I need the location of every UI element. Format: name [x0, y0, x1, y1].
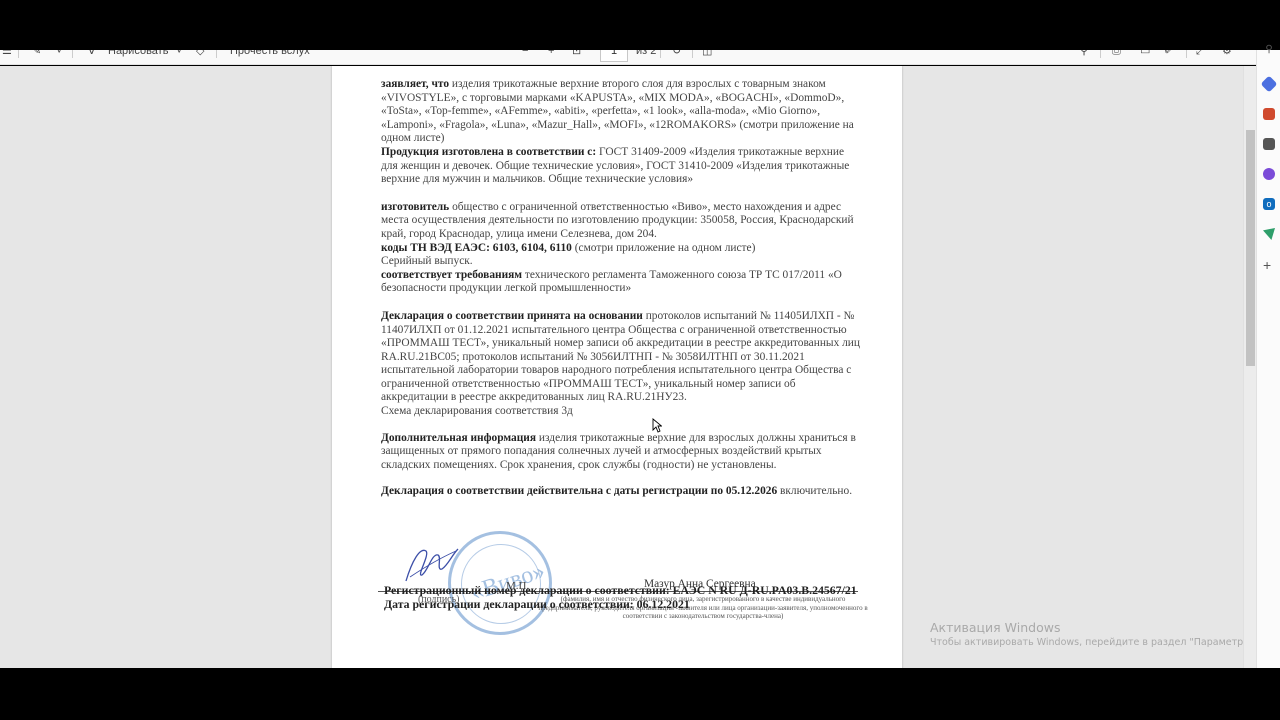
signature-block: «Виво» М.П. (подпись) Мазур Анна Сергеев…	[378, 521, 868, 641]
manufacturer-paragraph: изготовитель общество с ограниченной отв…	[381, 201, 861, 242]
highlight-icon[interactable]: ✎	[32, 50, 41, 58]
settings-icon[interactable]: ⚙	[1222, 50, 1232, 58]
tools-icon[interactable]	[1263, 108, 1275, 120]
divider	[18, 50, 19, 58]
divider	[1100, 50, 1101, 58]
read-aloud-button[interactable]: Прочесть вслух	[230, 50, 310, 58]
standards-paragraph: Продукция изготовлена в соответствии с: …	[381, 146, 861, 187]
games-icon[interactable]	[1263, 138, 1275, 150]
page-total: из 2	[636, 50, 656, 58]
search-icon[interactable]: ⚲	[1263, 44, 1275, 56]
windows-activation-watermark: Активация Windows Чтобы активировать Win…	[930, 620, 1258, 650]
copilot-icon[interactable]	[1261, 76, 1278, 93]
vertical-scrollbar[interactable]	[1243, 66, 1256, 668]
divider	[660, 50, 661, 58]
registration-block: Регистрационный номер декларации о соотв…	[384, 584, 857, 611]
send-icon[interactable]	[1263, 228, 1275, 240]
draw-icon[interactable]: ∇	[88, 50, 95, 58]
zoom-in-icon[interactable]: +	[548, 50, 554, 58]
registration-date: Дата регистрации декларации о соответств…	[384, 598, 857, 612]
mouse-cursor-icon	[652, 418, 662, 433]
zoom-out-icon[interactable]: −	[522, 50, 528, 58]
registration-number: Регистрационный номер декларации о соотв…	[384, 584, 857, 598]
add-sidebar-app-icon[interactable]: +	[1263, 258, 1271, 272]
bottom-black-band	[0, 668, 1280, 720]
divider	[1186, 50, 1187, 58]
pdf-viewer[interactable]: заявляет, что изделия трикотажные верхни…	[0, 66, 1243, 668]
scheme-paragraph: Схема декларирования соответствия 3д	[381, 405, 861, 419]
rotate-icon[interactable]: ↻	[672, 50, 681, 58]
save-icon[interactable]: ▭	[1140, 50, 1150, 58]
outlook-icon[interactable]: o	[1263, 198, 1275, 210]
edge-sidebar: ⚲ o +	[1256, 50, 1280, 668]
draw-button[interactable]: Нарисовать	[108, 50, 168, 58]
divider	[72, 50, 73, 58]
declaration-text: заявляет, что изделия трикотажные верхни…	[381, 78, 861, 499]
save-as-icon[interactable]: ✐	[1164, 50, 1173, 58]
contents-icon[interactable]: ☰	[2, 50, 12, 58]
scrollbar-thumb[interactable]	[1246, 130, 1255, 366]
divider	[216, 50, 217, 58]
validity-paragraph: Декларация о соответствии действительна …	[381, 485, 861, 499]
handwritten-signature	[402, 541, 462, 585]
serial-release: Серийный выпуск.	[381, 255, 861, 269]
divider	[692, 50, 693, 58]
print-icon[interactable]: ⎙	[1112, 50, 1121, 58]
additional-info-paragraph: Дополнительная информация изделия трикот…	[381, 432, 861, 473]
pdf-page: заявляет, что изделия трикотажные верхни…	[332, 66, 902, 668]
page-number-input[interactable]: 1	[600, 50, 628, 62]
chevron-down-icon[interactable]: ˅	[56, 50, 62, 58]
erase-icon[interactable]: ◇	[196, 50, 204, 58]
chevron-down-icon[interactable]: ˅	[176, 50, 182, 58]
two-page-icon[interactable]: ◫	[702, 50, 712, 58]
top-black-band	[0, 0, 1280, 50]
pdf-toolbar: ☰ ✎ ˅ ∇ Нарисовать ˅ ◇ Прочесть вслух − …	[0, 50, 1256, 65]
search-icon[interactable]: ⚲	[1080, 50, 1088, 58]
expand-icon[interactable]: ⤢	[1196, 50, 1205, 58]
tnved-codes: коды ТН ВЭД ЕАЭС: 6103, 6104, 6110 (смот…	[381, 242, 861, 256]
applicant-statement: заявляет, что изделия трикотажные верхни…	[381, 78, 861, 146]
fit-page-icon[interactable]: ⊡	[572, 50, 581, 58]
microsoft365-icon[interactable]	[1263, 168, 1275, 180]
basis-paragraph: Декларация о соответствии принята на осн…	[381, 310, 861, 405]
regulation-paragraph: соответствует требованиям технического р…	[381, 269, 861, 296]
